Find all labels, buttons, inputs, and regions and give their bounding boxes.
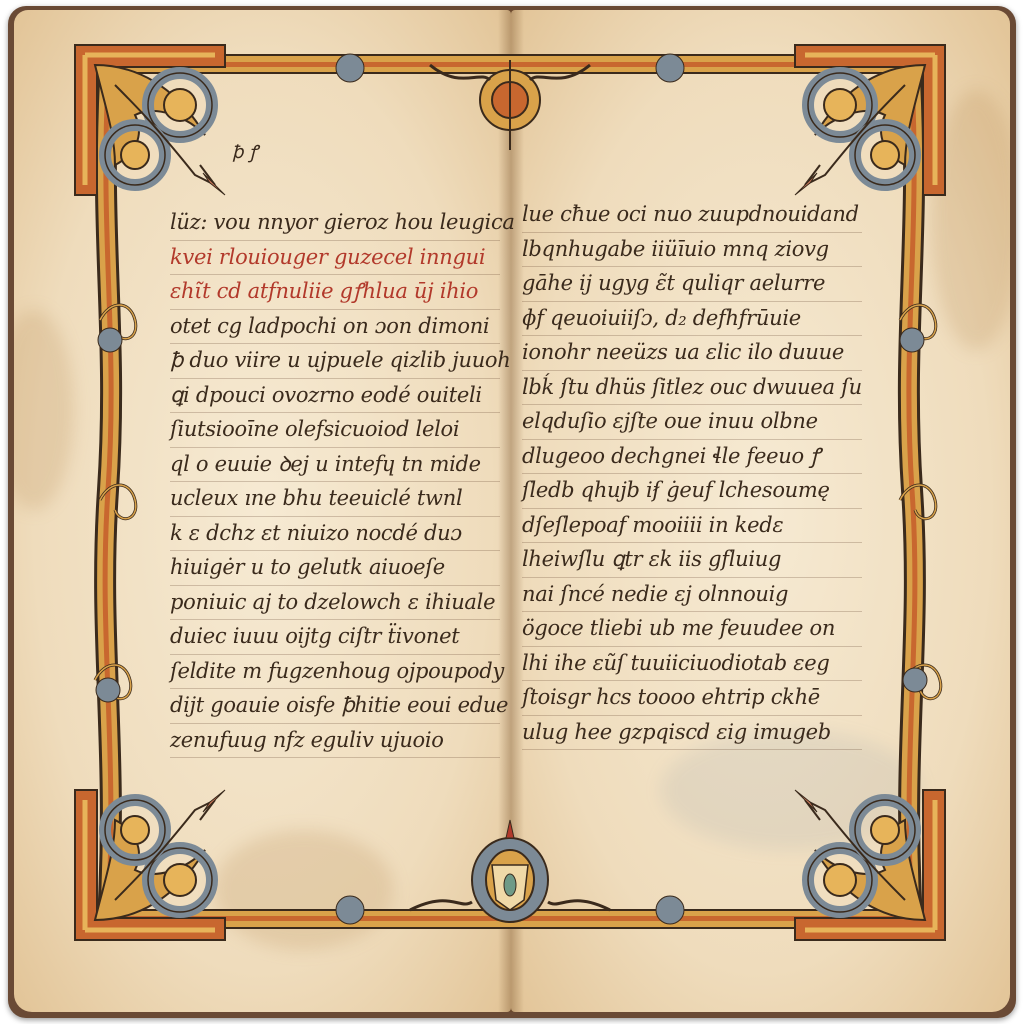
text-line: ionohr neeüzs ua ɛlic ilo duuue	[522, 336, 862, 371]
text-line: otet cg ladpochi on ɔon dimoni	[170, 310, 500, 345]
text-line: k ɛ dchz ɛt niuizo nocdé duɔ	[170, 517, 500, 552]
text-line: duiec iuuu oijtg ciſtr ẗivonet	[170, 620, 500, 655]
text-line: lüz: vou nnyor gieroz hou leugica	[170, 206, 500, 241]
text-line: lue cħue oci nuo zuupdnouidand	[522, 198, 862, 233]
text-line: ꝗi dpouci ovozrno eodé ouiteli	[170, 379, 500, 414]
text-line: dijt goauie oisfe ꝥhitie eoui edue	[170, 689, 500, 724]
text-line: ulug hee gzpqiscd ɛig imugeb	[522, 716, 862, 751]
text-line: lbḱ ſtu dhüs ſitlez ouc dwuuea ſu	[522, 371, 862, 406]
text-line: lhi ihe ɛũſ tuuiiciuodiotab ɛeg	[522, 647, 862, 682]
left-page-text: lüz: vou nnyor gieroz hou leugica kvei r…	[170, 206, 500, 758]
text-line: ſtoisgr hcs toooo ehtrip ckhē	[522, 681, 862, 716]
right-page-text: lue cħue oci nuo zuupdnouidand lbqnhugab…	[522, 198, 862, 750]
text-line: ucleux ıne bhu teeuiclé twnl	[170, 482, 500, 517]
text-line: poniuic aj to dzelowch ɛ ihiuale	[170, 586, 500, 621]
text-line: ɸf qeuoiuiiſɔ, d₂ defhfrūuie	[522, 302, 862, 337]
text-line: ɛhῖt cd atfnuliie gꝭhlua ūj ihio	[170, 275, 500, 310]
text-line: ſledb qhujb iẜ ġeuf lchesoumę	[522, 474, 862, 509]
text-line: zenufuug nfz eguliv ujuoio	[170, 724, 500, 759]
text-line: ꝥ duo viire u ujpuele qizlib juuoh	[170, 344, 500, 379]
text-line: elqduſio ɛjſte oue inuu olbne	[522, 405, 862, 440]
text-line: dſeſlepoaf mooiiii in kedɛ	[522, 509, 862, 544]
text-line: gāhe ij ugyg ɛ̃t quliqr aelurre	[522, 267, 862, 302]
text-line: hiuigėr u to gelutk aiuoeſe	[170, 551, 500, 586]
text-line: ſeldite m fugzenhoug ojpoupody	[170, 655, 500, 690]
text-line: kvei rlouiouger guzecel inngui	[170, 241, 500, 276]
text-line: dlugeoo dechgnei ɬle feeuo ꝭ	[522, 440, 862, 475]
text-line: ögoce tliebi ub me feuudee on	[522, 612, 862, 647]
text-line: lbqnhugabe iiüīuio mnq ziovg	[522, 233, 862, 268]
text-line: nai ſncé nedie ɛj olnnouig	[522, 578, 862, 613]
text-line: ſiutsiooīne olefsicuoiod leloi	[170, 413, 500, 448]
corner-mark: ꝥ ꝭ	[232, 140, 258, 164]
text-line: ql o euuie ꝺej u intefɥ tn mide	[170, 448, 500, 483]
page-stain	[14, 310, 74, 510]
text-line: lheiwſlu ꝗtr ɛk iis gfluiug	[522, 543, 862, 578]
